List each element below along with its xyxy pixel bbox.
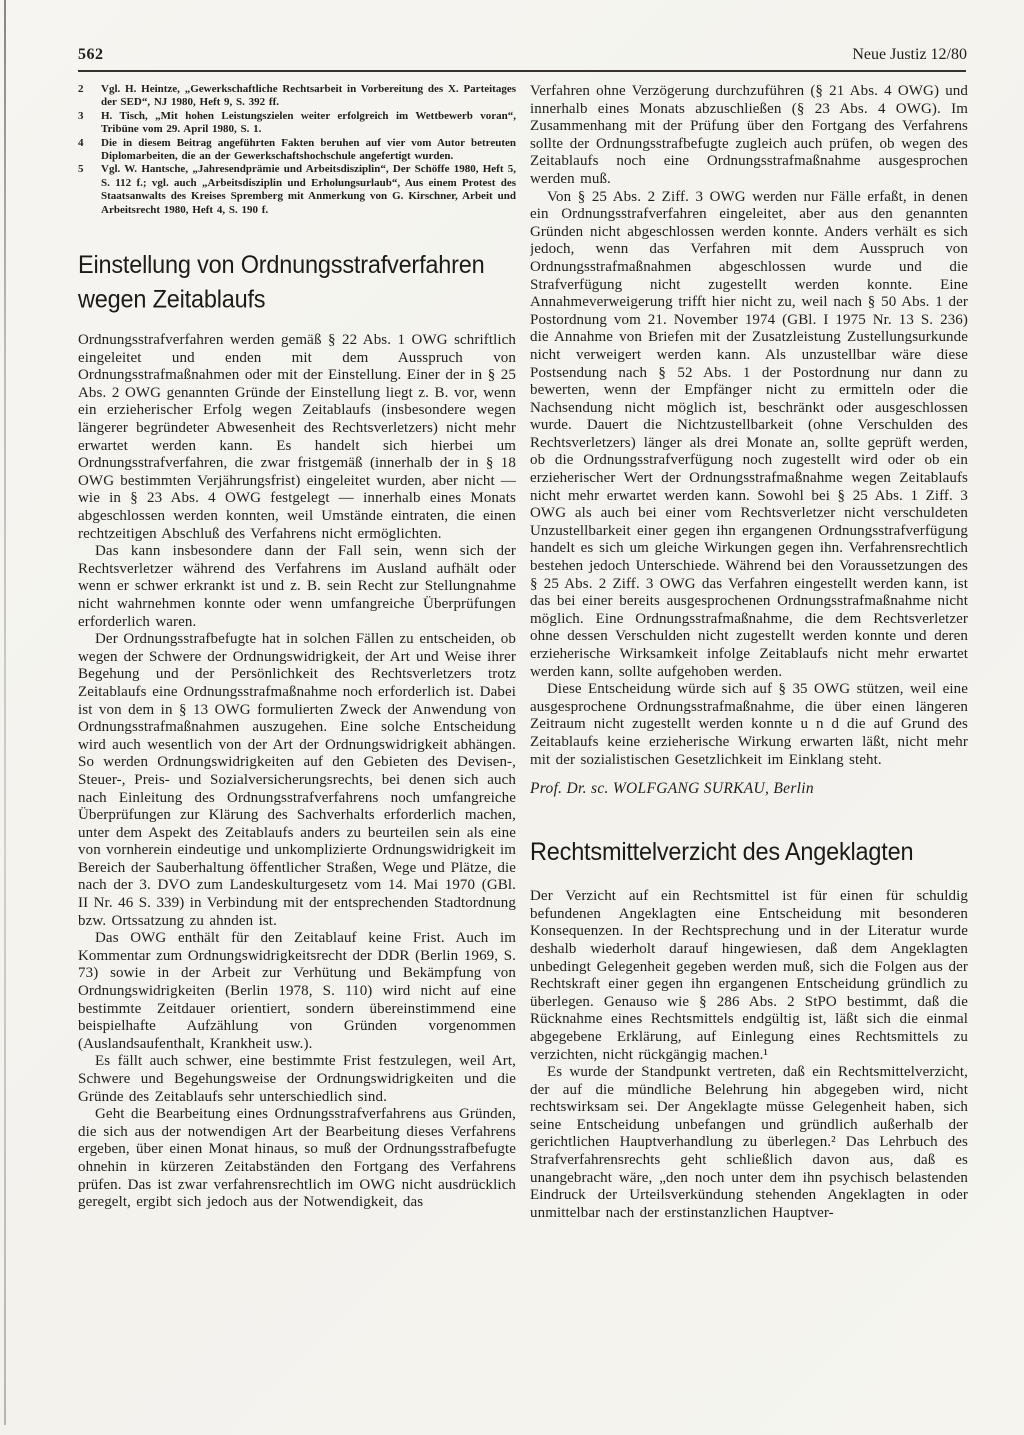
- right-column: Verfahren ohne Verzögerung durchzuführen…: [530, 83, 968, 1355]
- paragraph: Diese Entscheidung würde sich auf § 35 O…: [530, 681, 968, 769]
- footnote-text: Vgl. H. Heintze, „Gewerkschaftliche Rech…: [101, 83, 516, 110]
- paragraph: Es fällt auch schwer, eine bestimmte Fri…: [78, 1053, 516, 1106]
- footnote-number: 4: [78, 137, 91, 164]
- paragraph: Geht die Bearbeitung eines Ordnungsstraf…: [78, 1106, 516, 1212]
- journal-page: 562 Neue Justiz 12/80 2 Vgl. H. Heintze,…: [0, 0, 1024, 1435]
- scan-edge-artifact: [4, 0, 6, 1425]
- footnote-text: Vgl. W. Hantsche, „Jahresendprämie und A…: [101, 163, 516, 217]
- paragraph: Ordnungsstrafverfahren werden gemäß § 22…: [78, 332, 516, 543]
- article1-author: Prof. Dr. sc. WOLFGANG SURKAU, Berlin: [530, 780, 968, 798]
- article1-title-line2: wegen Zeitablaufs: [78, 282, 516, 317]
- paragraph: Von § 25 Abs. 2 Ziff. 3 OWG werden nur F…: [530, 189, 968, 682]
- footnote-number: 3: [78, 110, 91, 137]
- footnote-number: 5: [78, 163, 91, 217]
- footnotes-block: 2 Vgl. H. Heintze, „Gewerkschaftliche Re…: [78, 83, 516, 217]
- paragraph: Das OWG enthält für den Zeitablauf keine…: [78, 930, 516, 1053]
- paragraph: Der Ordnungsstrafbefugte hat in solchen …: [78, 631, 516, 930]
- article1-title: Einstellung von Ordnungsstrafverfahren w…: [78, 247, 516, 316]
- journal-title: Neue Justiz 12/80: [852, 46, 967, 64]
- paragraph: Das kann insbesondere dann der Fall sein…: [78, 543, 516, 631]
- footnote-text: Die in diesem Beitrag angeführten Fakten…: [101, 137, 516, 164]
- paragraph: Verfahren ohne Verzögerung durchzuführen…: [530, 83, 968, 189]
- left-column: 2 Vgl. H. Heintze, „Gewerkschaftliche Re…: [78, 83, 516, 1355]
- article1-title-line1: Einstellung von Ordnungsstrafverfahren: [78, 247, 516, 282]
- footnote-item: 2 Vgl. H. Heintze, „Gewerkschaftliche Re…: [78, 83, 516, 110]
- footnote-text: H. Tisch, „Mit hohen Leistungszielen wei…: [101, 110, 516, 137]
- paragraph: Es wurde der Standpunkt vertreten, daß e…: [530, 1064, 968, 1222]
- footnote-item: 4 Die in diesem Beitrag angeführten Fakt…: [78, 137, 516, 164]
- footnote-item: 5 Vgl. W. Hantsche, „Jahresendprämie und…: [78, 163, 516, 217]
- footnote-number: 2: [78, 83, 91, 110]
- paragraph: Der Verzicht auf ein Rechtsmittel ist fü…: [530, 888, 968, 1064]
- footnote-item: 3 H. Tisch, „Mit hohen Leistungszielen w…: [78, 110, 516, 137]
- header-rule: [78, 70, 966, 72]
- page-number: 562: [78, 46, 104, 64]
- article2-title: Rechtsmittelverzicht des Angeklagten: [530, 834, 968, 869]
